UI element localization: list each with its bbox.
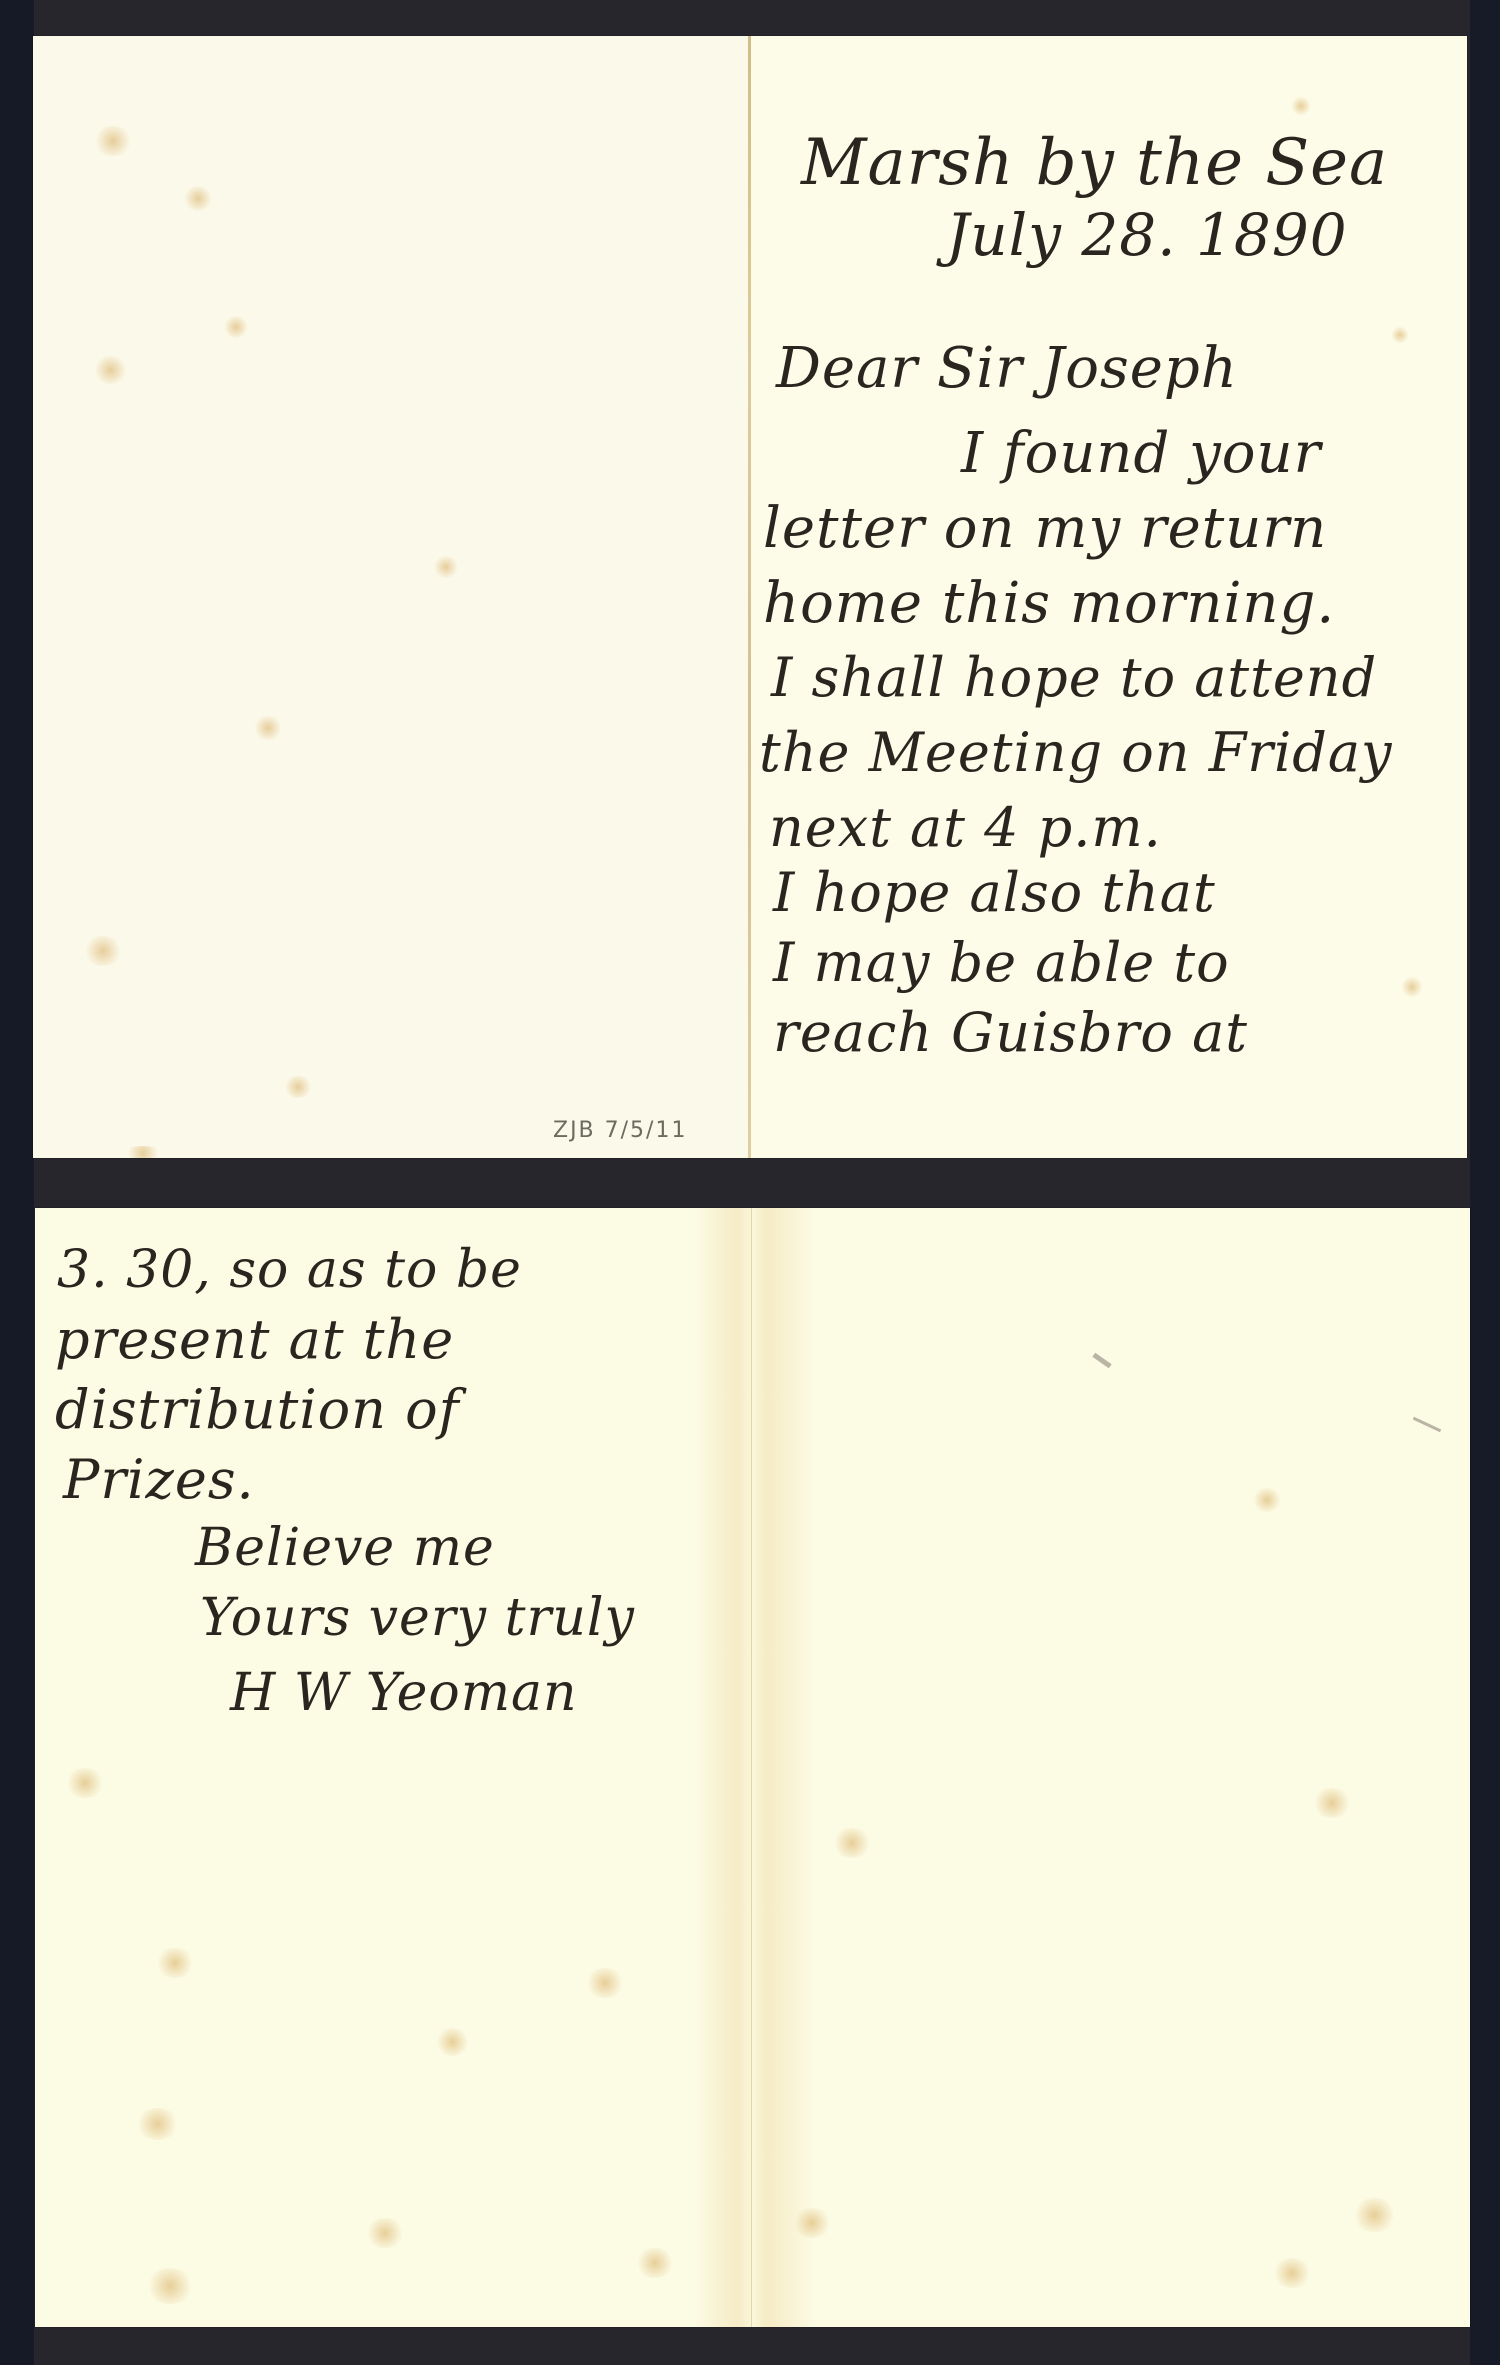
letter-sheet-bottom: 3. 30, so as to be present at the distri… [35, 1208, 1470, 2327]
archive-reference-mark: ZJB 7/5/11 [553, 1118, 687, 1143]
signature: H W Yeoman [230, 1663, 578, 1723]
body-line: I found your [961, 421, 1321, 486]
page-letter-second: 3. 30, so as to be present at the distri… [35, 1208, 750, 2327]
body-line: distribution of [55, 1378, 460, 1441]
pencil-mark [1413, 1417, 1441, 1432]
body-line: I hope also that [773, 861, 1216, 924]
body-line: I may be able to [773, 931, 1230, 994]
body-line: 3. 30, so as to be [57, 1240, 522, 1300]
salutation: Dear Sir Joseph [776, 336, 1238, 401]
letter-sheet-top: Marsh by the Sea July 28. 1890 Dear Sir … [33, 36, 1467, 1158]
page-letter-first: Marsh by the Sea July 28. 1890 Dear Sir … [751, 36, 1467, 1158]
pencil-mark [1092, 1353, 1111, 1369]
body-line: I shall hope to attend [771, 646, 1377, 709]
letter-date: July 28. 1890 [946, 201, 1348, 269]
body-line: Prizes. [63, 1448, 255, 1511]
closing-line: Yours very truly [200, 1588, 635, 1648]
body-line: the Meeting on Friday [759, 721, 1393, 784]
scanner-background-left [0, 0, 34, 2365]
body-line: next at 4 p.m. [769, 796, 1162, 859]
page-blank-verso [33, 36, 749, 1158]
letter-place: Marsh by the Sea [801, 126, 1388, 200]
body-line: present at the [55, 1308, 454, 1371]
body-line: reach Guisbro at [773, 1001, 1248, 1064]
scanner-background-right [1470, 0, 1500, 2365]
page-blank-back [752, 1208, 1470, 2327]
closing-line: Believe me [195, 1518, 495, 1578]
body-line: home this morning. [763, 571, 1335, 636]
body-line: letter on my return [763, 496, 1327, 561]
